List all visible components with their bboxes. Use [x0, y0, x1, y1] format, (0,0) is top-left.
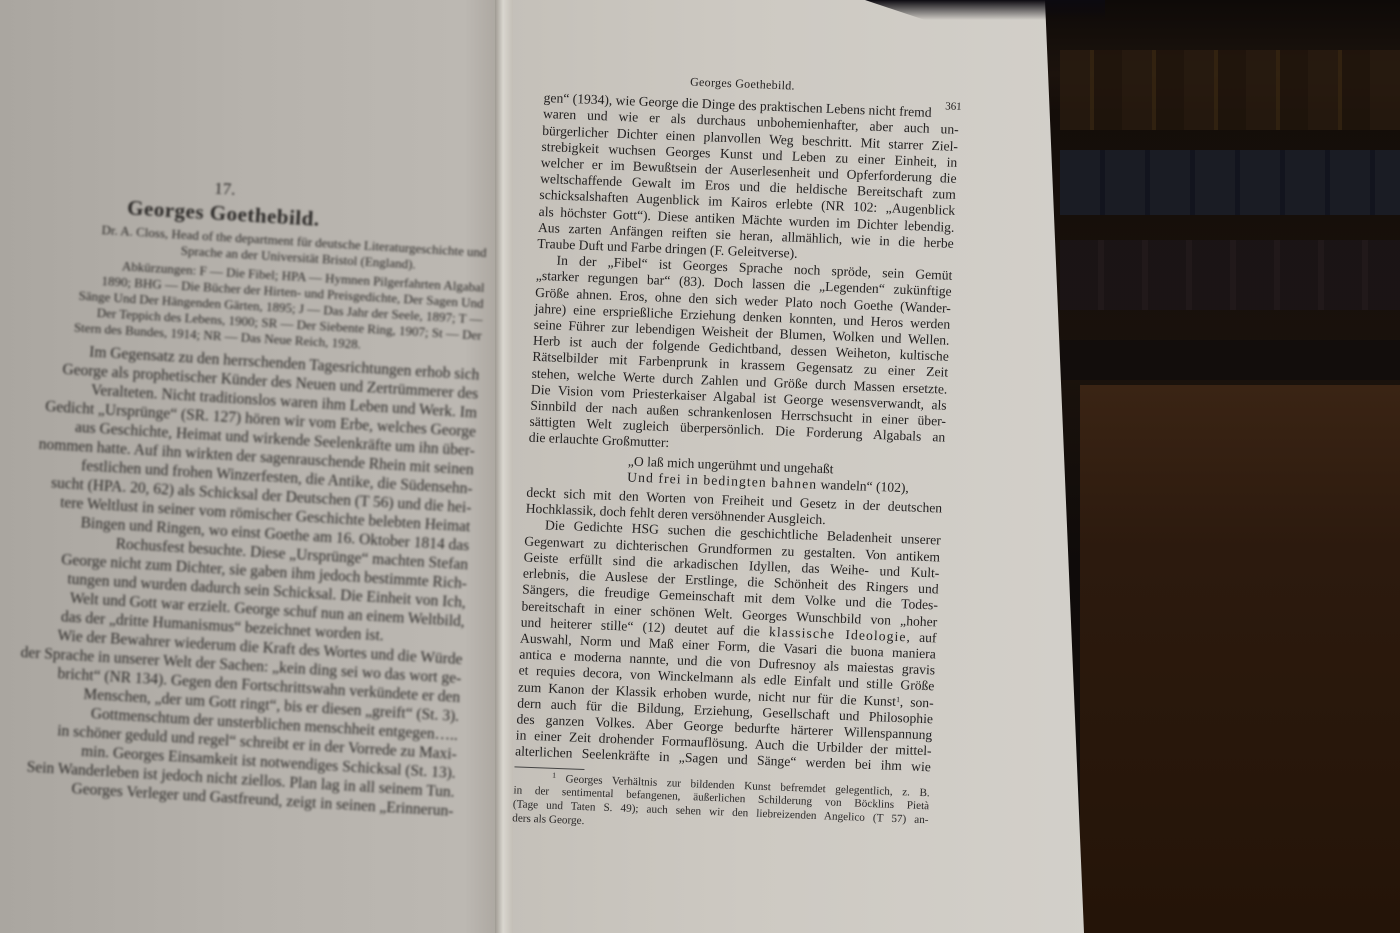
wooden-desk	[1080, 385, 1400, 933]
right-page-content: Georges Goethebild. 361 gen“ (1934), wie…	[512, 68, 961, 842]
shelf-books-middle	[1060, 150, 1400, 215]
shelf-books-lower	[1060, 240, 1400, 310]
left-page-body-text: Im Gegensatz zu den herrschenden Tagesri…	[0, 334, 480, 821]
left-page-content: 17. Georges Goethebild. Dr. A. Closs, He…	[0, 164, 490, 821]
shelf-books-bottom	[1060, 340, 1400, 380]
book-gutter	[495, 0, 513, 933]
page-number: 361	[945, 99, 962, 116]
shelf-books-top	[1060, 50, 1400, 130]
body-text: gen“ (1934), wie George die Dinge des pr…	[515, 90, 960, 776]
footnote-divider	[514, 766, 584, 770]
